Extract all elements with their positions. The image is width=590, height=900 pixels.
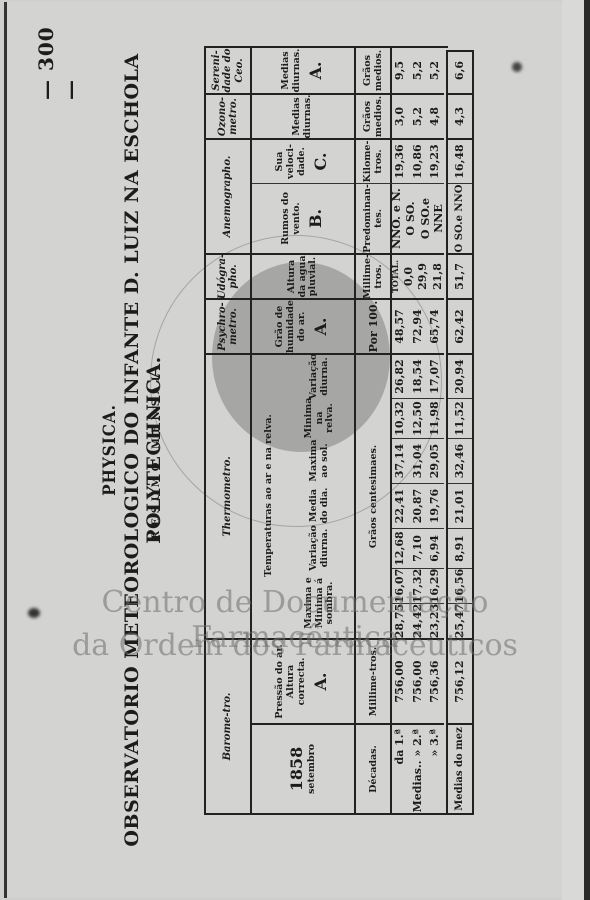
header-psychrometro: Psychro-metro. bbox=[206, 298, 252, 353]
desc-thermo-var-diurna: Variação diurna. bbox=[252, 353, 354, 398]
value: NNO. e N. bbox=[391, 188, 404, 249]
value: 21,8 bbox=[432, 263, 445, 290]
desc-barometro-letter: A. bbox=[312, 673, 330, 691]
decade-label-1: da 1.ª bbox=[394, 729, 407, 765]
unit-udographo: Millime-tros. bbox=[356, 253, 392, 298]
description-row: 1858 setembro Pressão do ar. Altura corr… bbox=[252, 48, 354, 813]
value: 31,04 bbox=[412, 444, 425, 478]
month-anemo-rumos: O SO.e NNO bbox=[448, 183, 472, 253]
value: 5,2 bbox=[412, 61, 425, 80]
value: 9,5 bbox=[394, 61, 407, 80]
month-average-row: Medias do mez 756,12 25,47 16,56 8,91 21… bbox=[446, 50, 474, 815]
value: 11,98 bbox=[429, 401, 442, 435]
value: 12,68 bbox=[394, 531, 407, 565]
value: 22,41 bbox=[394, 489, 407, 523]
ink-smudge bbox=[28, 608, 40, 618]
decade-udographo: TOTAL. 0,0 29,9 21,8 bbox=[392, 253, 444, 298]
value: 72,94 bbox=[412, 309, 425, 343]
desc-psychrometro: Grão de humidade do ar. A. bbox=[252, 298, 354, 353]
month-serenidade: 6,6 bbox=[448, 48, 472, 93]
ink-smudge bbox=[512, 62, 522, 72]
desc-psychrometro-text: Grão de humidade do ar. bbox=[275, 300, 308, 353]
desc-ozonometro: Medias diurnas. bbox=[252, 93, 354, 138]
value: 12,50 bbox=[412, 401, 425, 435]
desc-anemo-rumos-text: Rumos do vento. bbox=[281, 184, 303, 253]
value: 10,32 bbox=[394, 401, 407, 435]
month-udographo: 51,7 bbox=[448, 253, 472, 298]
value: 18,54 bbox=[412, 359, 425, 393]
page-number: — 300 — bbox=[34, 0, 82, 100]
value: 19,36 bbox=[394, 144, 407, 178]
desc-anemo-rumos: Rumos do vento. B. bbox=[252, 183, 354, 253]
decade-label-3: » 3.ª bbox=[429, 729, 442, 757]
decade-thermo-var-diurna: 26,82 18,54 17,07 bbox=[392, 353, 444, 398]
decade-thermo-min-relva: 10,32 12,50 11,98 bbox=[392, 398, 444, 438]
desc-serenidade: Medias diurnas. A. bbox=[252, 48, 354, 93]
month-anemo-velocidade: 16,48 bbox=[448, 138, 472, 183]
unit-epocha: Décadas. bbox=[356, 723, 392, 813]
desc-anemo-velocidade-letter: C. bbox=[312, 152, 330, 170]
units-row: Décadas. Millime-tros. Grãos centesimaes… bbox=[354, 48, 392, 813]
value: O SO.e NNE bbox=[420, 184, 445, 253]
decade-thermo-max-sol: 37,14 31,04 29,05 bbox=[392, 438, 444, 483]
watermark-line-2: da Ordem dos Farmacêuticos bbox=[0, 628, 590, 663]
header-ozonometro: Ozono-metro. bbox=[206, 93, 252, 138]
decade-ozonometro: 3,0 5,2 4,8 bbox=[392, 93, 444, 138]
desc-anemo-velocidade: Sua veloci-dade. C. bbox=[252, 138, 354, 183]
decades-row: da 1.ª Medias.. » 2.ª » 3.ª 756,00 756,0… bbox=[392, 48, 444, 813]
value: 37,14 bbox=[394, 444, 407, 478]
page-subtitle: RESUMO MENSAL. bbox=[151, 0, 162, 900]
value: 0,0 bbox=[403, 267, 416, 286]
meteorological-summary-table: Barome-tro. Thermometro. Psychro-metro. … bbox=[204, 46, 448, 815]
value: 10,86 bbox=[412, 144, 425, 178]
value: 29,9 bbox=[417, 263, 430, 290]
value: 17,07 bbox=[429, 359, 442, 393]
desc-serenidade-text: Medias diurnas. bbox=[281, 48, 303, 93]
desc-thermo-media: Media do dia. bbox=[286, 483, 354, 528]
desc-udographo: Altura da agua pluvial. bbox=[252, 253, 354, 298]
desc-serenidade-letter: A. bbox=[307, 62, 325, 80]
month-label: Medias do mez bbox=[448, 723, 472, 813]
epocha-cell: 1858 setembro bbox=[252, 723, 354, 813]
decade-thermo-media: 22,41 20,87 19,76 bbox=[392, 483, 444, 528]
month-thermo-var-diurna: 20,94 bbox=[448, 353, 472, 398]
month-psychrometro: 62,42 bbox=[448, 298, 472, 353]
value: 3,0 bbox=[394, 107, 407, 126]
month-thermo-min-relva: 11,52 bbox=[448, 398, 472, 438]
value: 756,36 bbox=[429, 660, 442, 702]
unit-ozonometro: Grãos medios. bbox=[356, 93, 392, 138]
desc-thermo-max-sol: Maxima ao sol. bbox=[286, 438, 354, 483]
value: 5,2 bbox=[429, 61, 442, 80]
value: 19,23 bbox=[429, 144, 442, 178]
decade-thermo-variacao: 12,68 7,10 6,94 bbox=[392, 528, 444, 568]
unit-psychrometro: Por 100. bbox=[356, 298, 392, 353]
unit-anemo-velocidade: Kilome-tros. bbox=[356, 138, 392, 183]
header-anemographo: Anemographo. bbox=[206, 138, 252, 253]
value: 19,76 bbox=[429, 489, 442, 523]
decade-anemo-rumos: NNO. e N. O SO. O SO.e NNE bbox=[392, 183, 444, 253]
epocha-month: setembro bbox=[307, 744, 318, 794]
value: 20,87 bbox=[412, 489, 425, 523]
decade-anemo-velocidade: 19,36 10,86 19,23 bbox=[392, 138, 444, 183]
header-serenidade: Sereni-dade do Ceo. bbox=[206, 48, 252, 93]
unit-serenidade: Grãos medios. bbox=[356, 48, 392, 93]
desc-psychrometro-letter: A. bbox=[312, 318, 330, 336]
desc-anemo-rumos-letter: B. bbox=[307, 209, 325, 228]
value: 5,2 bbox=[412, 107, 425, 126]
instrument-header-row: Barome-tro. Thermometro. Psychro-metro. … bbox=[206, 48, 252, 813]
unit-anemo-rumos: Predominan-tes. bbox=[356, 183, 392, 253]
epocha-year: 1858 bbox=[288, 747, 306, 792]
udographo-total-label: TOTAL. bbox=[391, 260, 400, 293]
value: 756,00 bbox=[412, 660, 425, 702]
desc-thermo-min-relva: Minima na relva. bbox=[286, 398, 354, 438]
value: O SO. bbox=[405, 201, 418, 235]
month-thermo-media: 21,01 bbox=[448, 483, 472, 528]
section-heading: PHYSICA. bbox=[100, 45, 120, 855]
value: 756,00 bbox=[394, 660, 407, 702]
month-ozonometro: 4,3 bbox=[448, 93, 472, 138]
header-barometro: Barome-tro. bbox=[206, 638, 252, 813]
value: 7,10 bbox=[412, 535, 425, 562]
desc-thermo-variacao: Variação diurna. bbox=[286, 528, 354, 568]
value: 6,94 bbox=[429, 535, 442, 562]
month-thermo-variacao: 8,91 bbox=[448, 528, 472, 568]
desc-anemo-velocidade-text: Sua veloci-dade. bbox=[275, 140, 308, 183]
value: 4,8 bbox=[429, 107, 442, 126]
decade-labels: da 1.ª Medias.. » 2.ª » 3.ª bbox=[392, 723, 444, 813]
header-udographo: Udógra-pho. bbox=[206, 253, 252, 298]
value: 26,82 bbox=[394, 359, 407, 393]
decade-label-2: Medias.. » 2.ª bbox=[412, 729, 425, 812]
value: 65,74 bbox=[429, 309, 442, 343]
decade-serenidade: 9,5 5,2 5,2 bbox=[392, 48, 444, 93]
value: 48,57 bbox=[394, 309, 407, 343]
month-thermo-max-sol: 32,46 bbox=[448, 438, 472, 483]
value: 29,05 bbox=[429, 444, 442, 478]
decade-psychrometro: 48,57 72,94 65,74 bbox=[392, 298, 444, 353]
rotated-page: — 300 — PHYSICA. OBSERVATORIO METEOROLOG… bbox=[0, 0, 590, 900]
